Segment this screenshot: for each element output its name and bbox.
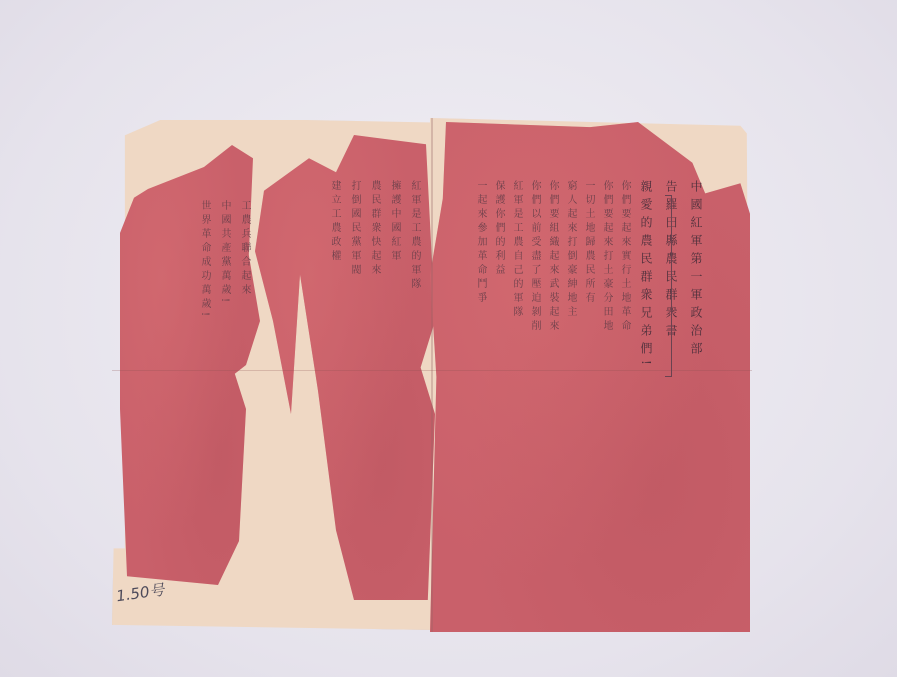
text-column: 你們要起來打土豪分田地	[600, 180, 612, 540]
text-column: 紅軍是工農的軍隊	[408, 180, 420, 510]
text-column: 窮人起來打倒豪紳地主	[564, 180, 576, 540]
body-text-middle: 紅軍是工農的軍隊 擁護中國紅軍 農民群衆快起來 打倒國民黨軍閥 建立工農政權	[290, 180, 420, 510]
text-column: 你們要起來實行土地革命	[618, 180, 630, 540]
text-column: 打倒國民黨軍閥	[348, 180, 360, 510]
salutation-text: 親愛的農民群衆兄弟們!	[638, 180, 655, 380]
issuer-text: 中國紅軍第一軍政治部	[688, 180, 705, 380]
document-photo: 中國紅軍第一軍政治部 告羅田縣農民群衆書 親愛的農民群衆兄弟們! 你們要起來實行…	[0, 0, 897, 677]
text-column: 一切土地歸農民所有	[582, 180, 594, 540]
text-column: 建立工農政權	[328, 180, 340, 510]
slogan-column: 工農兵聯合起來	[238, 200, 250, 330]
text-column: 紅軍是工農自己的軍隊	[510, 180, 522, 540]
slogan-text-left: 工農兵聯合起來 中國共產黨萬歲! 世界革命成功萬歲!	[180, 200, 250, 330]
vertical-fold-line	[431, 118, 433, 632]
text-column: 保護你們的利益	[492, 180, 504, 540]
title-bracket	[665, 195, 672, 377]
text-column: 擁護中國紅軍	[388, 180, 400, 510]
text-column: 你們以前受盡了壓迫剝削	[528, 180, 540, 540]
slogan-column: 世界革命成功萬歲!	[198, 200, 210, 330]
slogan-column: 中國共產黨萬歲!	[218, 200, 230, 330]
body-text-right: 你們要起來實行土地革命 你們要起來打土豪分田地 一切土地歸農民所有 窮人起來打倒…	[460, 180, 630, 540]
text-column: 農民群衆快起來	[368, 180, 380, 510]
text-column: 你們要組織起來武裝起來	[546, 180, 558, 540]
text-column: 一起來參加革命鬥爭	[474, 180, 486, 540]
